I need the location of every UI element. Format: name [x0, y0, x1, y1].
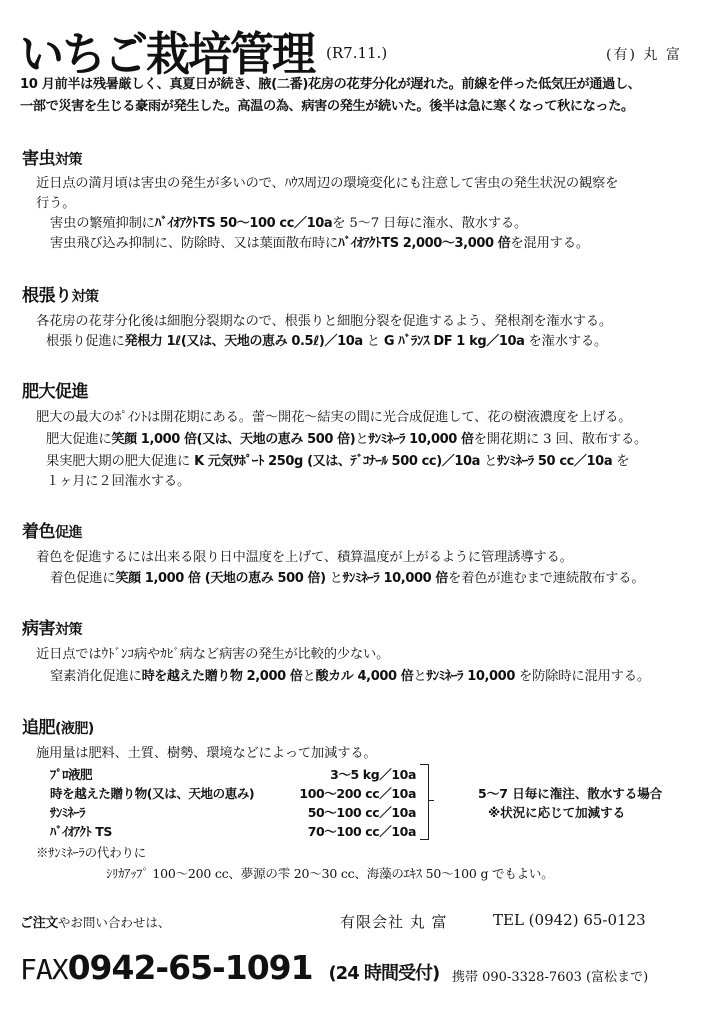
- mobile-number: 携帯 090-3328-7603 (富松まで): [452, 966, 648, 985]
- text: 果実肥大期の肥大促進に: [46, 454, 194, 469]
- order-label: ご注文: [20, 916, 58, 931]
- section-heading-roots: 根張り対策: [22, 281, 99, 306]
- company-fullname: 有限会社 丸 富: [340, 911, 448, 932]
- product-dose: ｻﾝﾐﾈｰﾗ 10,000 倍: [368, 432, 473, 447]
- text: 肥大促進に: [46, 432, 111, 447]
- text: 害虫の繁殖抑制に: [50, 216, 155, 231]
- pest-text-2: 害虫の繁殖抑制にﾊﾞｲｵｱｸﾄTS 50〜100 cc／10aを 5〜7 日毎に…: [50, 212, 527, 231]
- inquiry-label: やお問い合わせは、: [58, 915, 171, 930]
- text: 着色促進に: [50, 571, 115, 586]
- text: を防除時に混用する。: [515, 669, 650, 684]
- intro-line-2: 一部で災害を生じる豪雨が発生した。高温の為、病害の発生が続いた。後半は急に寒くな…: [20, 95, 634, 114]
- pest-text-3: 害虫飛び込み抑制に、防除時、又は葉面散布時にﾊﾞｲｵｱｸﾄTS 2,000〜3,…: [50, 232, 589, 251]
- product-dose: K 元気ｻﾎﾟｰﾄ 250g (又は、ﾃﾞｺﾅｰﾙ 500 cc)／10a: [194, 454, 480, 469]
- text: と: [480, 454, 497, 469]
- heading-main: 根張り: [22, 286, 72, 306]
- fert-item-name: ﾊﾞｲｵｱｸﾄ TS: [50, 822, 112, 840]
- text: を開花期に 3 回、散布する。: [474, 432, 647, 447]
- text: と: [355, 432, 368, 447]
- color-text-2: 着色促進に笑顔 1,000 倍 (天地の恵み 500 倍) とｻﾝﾐﾈｰﾗ 10…: [50, 567, 644, 586]
- text: と: [413, 669, 426, 684]
- text: と: [302, 669, 315, 684]
- product-dose: 時を越えた贈り物 2,000 倍: [142, 669, 303, 684]
- text: 窒素消化促進に: [50, 669, 142, 684]
- product-dose: ｻﾝﾐﾈｰﾗ 10,000 倍: [343, 571, 448, 586]
- section-heading-enlarge: 肥大促進: [22, 377, 88, 402]
- fert-item-amount: 50〜100 cc／10a: [308, 803, 416, 821]
- heading-sub: 促進: [55, 525, 82, 541]
- heading-sub: 対策: [55, 622, 82, 638]
- disease-text-2: 窒素消化促進に時を越えた贈り物 2,000 倍と酸カル 4,000 倍とｻﾝﾐﾈ…: [50, 665, 650, 684]
- fax-label: FAX: [20, 953, 68, 986]
- fax-note: (24 時間受付): [328, 963, 439, 984]
- product-dose: 酸カル 4,000 倍: [316, 669, 414, 684]
- product-dose: 笑顔 1,000 倍 (天地の恵み 500 倍): [115, 571, 325, 586]
- product-dose: ｻﾝﾐﾈｰﾗ 50 cc／10a: [497, 454, 612, 469]
- product-dose: ﾊﾞｲｵｱｸﾄTS 2,000〜3,000 倍: [338, 236, 510, 251]
- heading-sub: 対策: [72, 289, 99, 305]
- order-inquiry: ご注文やお問い合わせは、: [20, 912, 170, 931]
- bracket-divider: [420, 764, 429, 840]
- fertilizer-text-1: 施用量は肥料、土質、樹勢、環境などによって加減する。: [36, 742, 377, 761]
- text: 害虫飛び込み抑制に、防除時、又は葉面散布時に: [50, 236, 338, 251]
- fert-note-2: ※状況に応じて加減する: [488, 803, 625, 821]
- issue-date: (R7.11.): [326, 44, 387, 62]
- text: と: [363, 334, 384, 349]
- product-dose: ｻﾝﾐﾈｰﾗ 10,000: [426, 669, 515, 684]
- text: を 5〜7 日毎に潅水、散水する。: [332, 216, 527, 231]
- fert-note-1: 5〜7 日毎に潅注、散水する場合: [478, 784, 662, 802]
- text: を潅水する。: [525, 334, 608, 349]
- text: 根張り促進に: [46, 334, 125, 349]
- text: を混用する。: [510, 236, 589, 251]
- text: を: [612, 454, 629, 469]
- fert-item-name: ｻﾝﾐﾈｰﾗ: [50, 803, 85, 821]
- fert-item-name: ﾌﾟﾛ液肥: [50, 765, 92, 783]
- enlarge-text-3: 果実肥大期の肥大促進に K 元気ｻﾎﾟｰﾄ 250g (又は、ﾃﾞｺﾅｰﾙ 50…: [46, 450, 629, 469]
- heading-main: 病害: [22, 619, 55, 639]
- color-text-1: 着色を促進するには出来る限り日中温度を上げて、積算温度が上がるように管理誘導する…: [36, 546, 573, 565]
- heading-main: 追肥: [22, 718, 55, 738]
- section-heading-fertilizer: 追肥(液肥): [22, 713, 94, 738]
- fert-item-amount: 70〜100 cc／10a: [308, 822, 416, 840]
- bracket-tip: [428, 800, 434, 801]
- pest-text-1a: 近日点の満月頃は害虫の発生が多いので、ﾊｳｽ周辺の環境変化にも注意して害虫の発生…: [36, 172, 618, 191]
- enlarge-text-2: 肥大促進に笑顔 1,000 倍(又は、天地の恵み 500 倍)とｻﾝﾐﾈｰﾗ 1…: [46, 428, 647, 447]
- fax-line: FAX0942-65-1091 (24 時間受付): [20, 948, 439, 987]
- text: と: [326, 571, 343, 586]
- section-heading-color: 着色促進: [22, 517, 82, 542]
- product-dose: ﾊﾞｲｵｱｸﾄTS 50〜100 cc／10a: [155, 216, 333, 231]
- fax-number: 0942-65-1091: [68, 948, 313, 987]
- roots-text-1: 各花房の花芽分化後は細胞分裂期なので、根張りと細胞分裂を促進するよう、発根剤を潅…: [36, 310, 612, 329]
- enlarge-text-4: １ヶ月に２回潅水する。: [46, 470, 190, 489]
- tel-number: TEL (0942) 65-0123: [493, 911, 646, 929]
- heading-sub: (液肥): [55, 721, 94, 737]
- text: を着色が進むまで連続散布する。: [448, 571, 644, 586]
- roots-text-2: 根張り促進に発根力 1ℓ(又は、天地の恵み 0.5ℓ)／10a と G ﾊﾞﾗﾝ…: [46, 330, 607, 349]
- product-dose: G ﾊﾞﾗﾝｽ DF 1 kg／10a: [384, 334, 525, 349]
- enlarge-text-1: 肥大の最大のﾎﾟｲﾝﾄは開花期にある。蕾〜開花〜結実の間に光合成促進して、花の樹…: [36, 406, 631, 425]
- fert-item-name: 時を越えた贈り物(又は、天地の恵み): [50, 784, 254, 802]
- section-heading-disease: 病害対策: [22, 614, 82, 639]
- disease-text-1: 近日点ではｳﾄﾞﾝｺ病やｶﾋﾞ病など病害の発生が比較的少ない。: [36, 643, 389, 662]
- intro-line-1: 10 月前半は残暑厳しく、真夏日が続き、腋(二番)花房の花芽分化が遅れた。前線を…: [20, 73, 640, 92]
- pest-text-1b: 行う。: [36, 192, 75, 211]
- heading-main: 着色: [22, 522, 55, 542]
- fert-alt-1: ※ｻﾝﾐﾈｰﾗの代わりに: [36, 843, 146, 861]
- company-name: (有) 丸 富: [606, 44, 682, 64]
- fert-item-amount: 3〜5 kg／10a: [330, 765, 416, 783]
- heading-sub: 対策: [55, 152, 82, 168]
- heading-main: 害虫: [22, 149, 55, 169]
- fert-alt-2: ｼﾘｶｱｯﾌﾟ 100〜200 cc、夢源の雫 20〜30 cc、海藻のｴｷｽ …: [106, 864, 554, 882]
- product-dose: 笑顔 1,000 倍(又は、天地の恵み 500 倍): [111, 432, 355, 447]
- fert-item-amount: 100〜200 cc／10a: [299, 784, 416, 802]
- product-dose: 発根力 1ℓ(又は、天地の恵み 0.5ℓ)／10a: [125, 334, 363, 349]
- section-heading-pest: 害虫対策: [22, 144, 82, 169]
